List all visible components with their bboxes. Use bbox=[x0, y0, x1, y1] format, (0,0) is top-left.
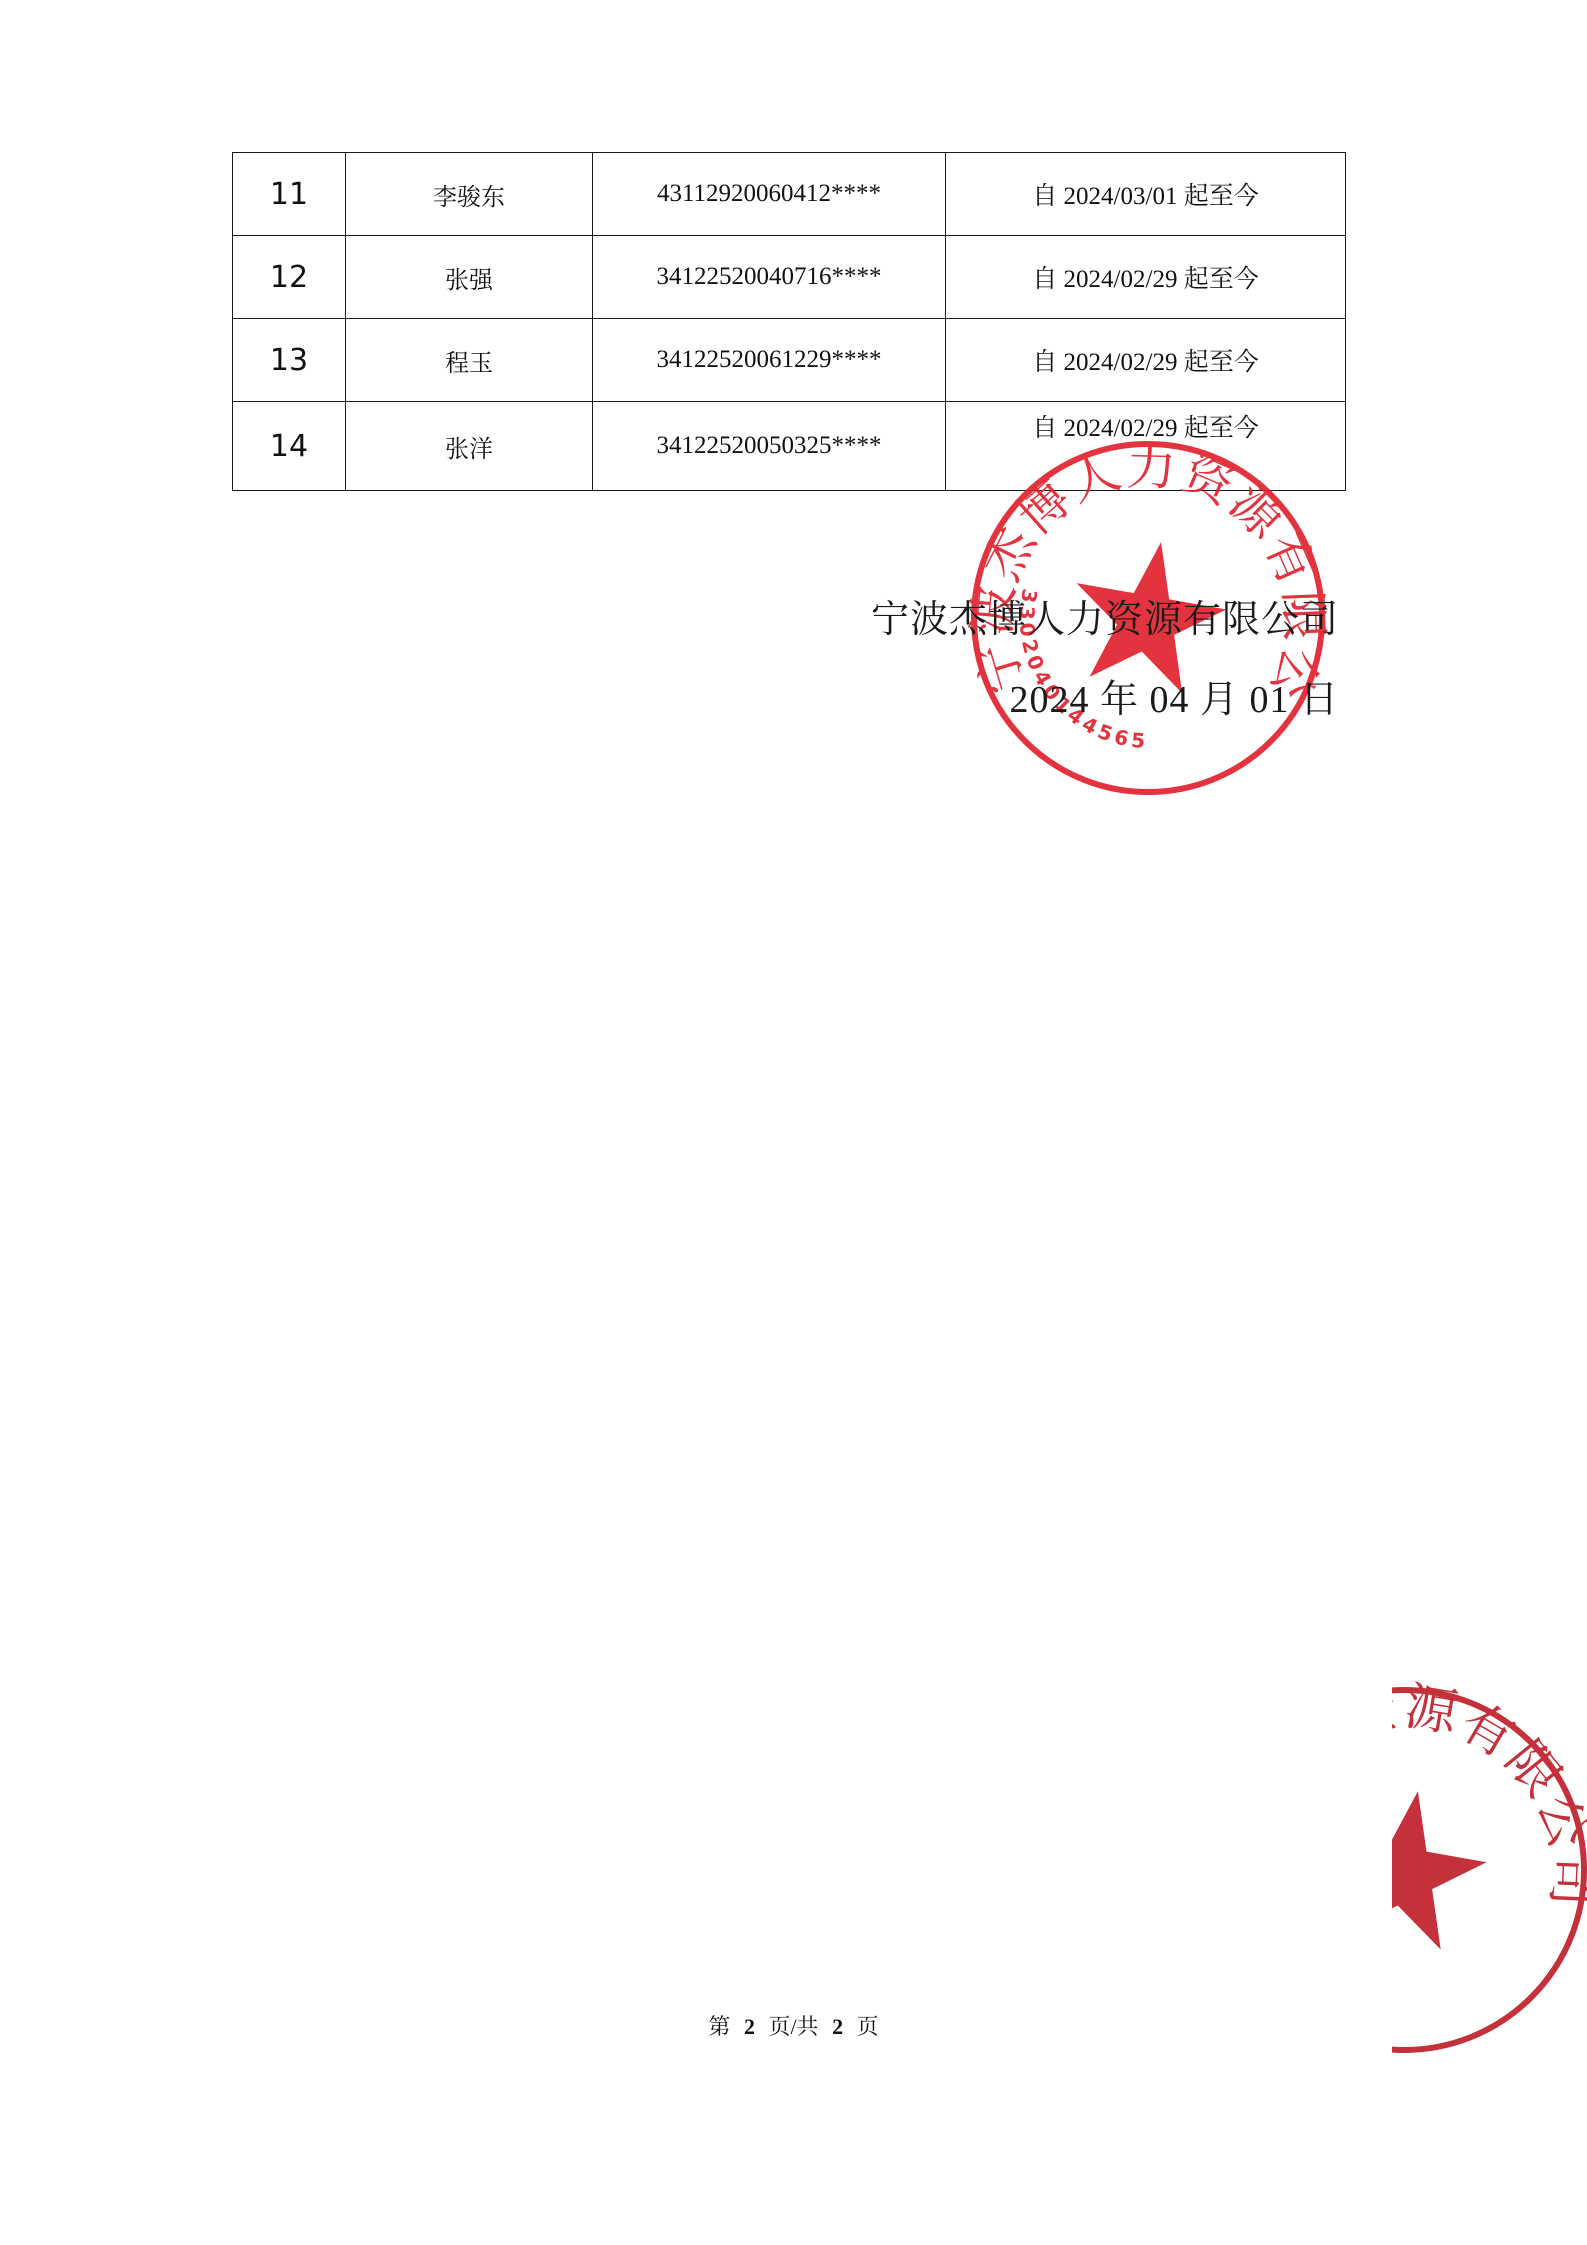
id-number: 43112920060412**** bbox=[593, 153, 946, 236]
footer-middle: 页/共 bbox=[768, 2014, 818, 2039]
employee-table: 11李骏东43112920060412****自 2024/03/01 起至今1… bbox=[232, 152, 1346, 491]
star-icon bbox=[1392, 1777, 1497, 1954]
employee-name: 张洋 bbox=[346, 402, 593, 491]
id-number: 34122520040716**** bbox=[593, 236, 946, 319]
employment-period: 自 2024/02/29 起至今 bbox=[946, 402, 1346, 491]
employment-period: 自 2024/02/29 起至今 bbox=[946, 236, 1346, 319]
employee-name: 程玉 bbox=[346, 319, 593, 402]
row-number: 13 bbox=[233, 319, 346, 402]
employment-period: 自 2024/03/01 起至今 bbox=[946, 153, 1346, 236]
employment-period: 自 2024/02/29 起至今 bbox=[946, 319, 1346, 402]
signature-date: 2024 年 04 月 01 日 bbox=[1009, 668, 1339, 723]
employee-name: 张强 bbox=[346, 236, 593, 319]
id-number: 34122520050325**** bbox=[593, 402, 946, 491]
row-number: 12 bbox=[233, 236, 346, 319]
row-number: 14 bbox=[233, 402, 346, 491]
table-row: 11李骏东43112920060412****自 2024/03/01 起至今 bbox=[233, 153, 1346, 236]
document-page: 11李骏东43112920060412****自 2024/03/01 起至今1… bbox=[0, 0, 1587, 2245]
partial-seal-stamp: 人力资源有限公司 bbox=[1392, 1680, 1587, 2060]
footer-suffix: 页 bbox=[857, 2014, 879, 2039]
table-row: 14张洋34122520050325****自 2024/02/29 起至今 bbox=[233, 402, 1346, 491]
signature-company-name: 宁波杰博人力资源有限公司 bbox=[871, 588, 1339, 643]
table-row: 12张强34122520040716****自 2024/02/29 起至今 bbox=[233, 236, 1346, 319]
row-number: 11 bbox=[233, 153, 346, 236]
footer-prefix: 第 bbox=[708, 2014, 730, 2039]
page-footer: 第 2 页/共 2 页 bbox=[0, 2010, 1587, 2041]
table-row: 13程玉34122520061229****自 2024/02/29 起至今 bbox=[233, 319, 1346, 402]
id-number: 34122520061229**** bbox=[593, 319, 946, 402]
employee-name: 李骏东 bbox=[346, 153, 593, 236]
svg-text:人力资源有限公司: 人力资源有限公司 bbox=[1392, 1680, 1587, 1910]
current-page-number: 2 bbox=[744, 2014, 755, 2039]
total-page-count: 2 bbox=[832, 2014, 843, 2039]
